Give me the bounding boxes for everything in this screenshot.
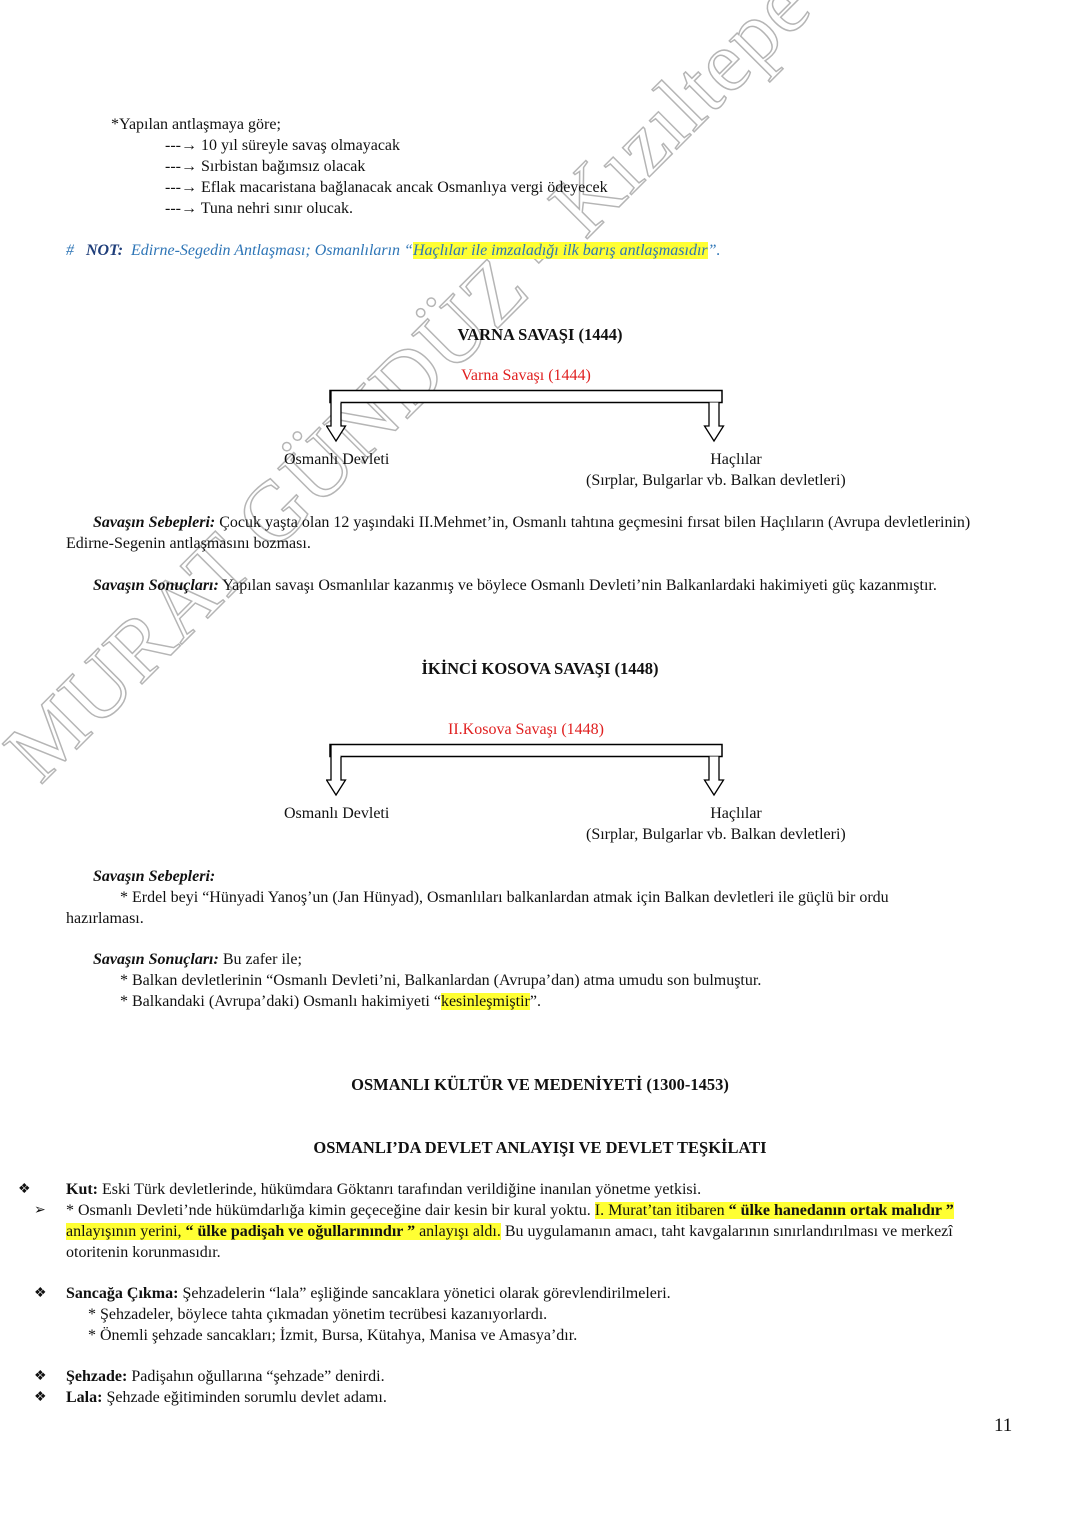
kosova-causes-line1: * Erdel beyi “Hünyadi Yanoş’un (Jan Hüny… bbox=[120, 888, 889, 908]
treaty-item: ---→ 10 yıl süreyle savaş olmayacak bbox=[165, 136, 400, 156]
kosova-result-1: * Balkan devletlerinin “Osmanlı Devleti’… bbox=[120, 971, 761, 991]
arrow-icon: ---→ bbox=[165, 200, 197, 217]
arrow-bullet-icon: ➢ bbox=[34, 1201, 46, 1221]
varna-left-party: Osmanlı Devleti bbox=[284, 450, 389, 470]
varna-bracket-diagram bbox=[326, 388, 726, 446]
sancak-definition: Sancağa Çıkma: Şehzadelerin “lala” eşliğ… bbox=[66, 1284, 671, 1304]
kut-label: Kut: bbox=[66, 1181, 98, 1198]
kut-definition: Kut: Eski Türk devletlerinde, hükümdara … bbox=[66, 1180, 701, 1200]
kosova-result-2: * Balkandaki (Avrupa’daki) Osmanlı hakim… bbox=[120, 992, 541, 1012]
varna-diagram-title: Varna Savaşı (1444) bbox=[330, 366, 722, 386]
sancak-label: Sancağa Çıkma: bbox=[66, 1285, 178, 1302]
treaty-item-text: Tuna nehri sınır olucak. bbox=[201, 200, 353, 217]
varna-causes: Savaşın Sebepleri: Çocuk yaşta olan 12 y… bbox=[66, 512, 1016, 554]
sancak-text: Şehzadelerin “lala” eşliğinde sancaklara… bbox=[178, 1285, 670, 1302]
arrow-icon: ---→ bbox=[165, 158, 197, 175]
rule-highlight: I. Murat’tan itibaren bbox=[595, 1202, 729, 1219]
culture-heading: OSMANLI KÜLTÜR VE MEDENİYETİ (1300-1453) bbox=[0, 1075, 1080, 1095]
kut-text: Eski Türk devletlerinde, hükümdara Gökta… bbox=[98, 1181, 701, 1198]
rule-highlight-bold: “ ülke padişah ve oğullarınındır ” bbox=[186, 1223, 416, 1240]
treaty-item: ---→ Tuna nehri sınır olucak. bbox=[165, 199, 353, 219]
results-label: Savaşın Sonuçları: bbox=[93, 951, 219, 968]
treaty-item: ---→ Eflak macaristana bağlanacak ancak … bbox=[165, 178, 608, 198]
causes-label: Savaşın Sebepleri: bbox=[93, 514, 215, 531]
sancak-sub-1: * Şehzadeler, böylece tahta çıkmadan yön… bbox=[88, 1305, 547, 1325]
treaty-item-text: Sırbistan bağımsız olacak bbox=[201, 158, 365, 175]
sehzade-label: Şehzade: bbox=[66, 1368, 127, 1385]
note-highlight: Haçlılar ile imzaladığı ilk barış antlaş… bbox=[413, 242, 708, 259]
varna-right-party-sub: (Sırplar, Bulgarlar vb. Balkan devletler… bbox=[586, 471, 846, 491]
kosova-left-party: Osmanlı Devleti bbox=[284, 804, 389, 824]
results-text: Yapılan savaşı Osmanlılar kazanmış ve bö… bbox=[219, 577, 937, 594]
treaty-item: ---→ Sırbistan bağımsız olacak bbox=[165, 157, 365, 177]
treaty-item-text: 10 yıl süreyle savaş olmayacak bbox=[201, 137, 400, 154]
succession-rule: * Osmanlı Devleti’nde hükümdarlığa kimin… bbox=[66, 1200, 1016, 1263]
lala-text: Şehzade eğitiminden sorumlu devlet adamı… bbox=[102, 1389, 386, 1406]
diamond-bullet-icon: ❖ bbox=[34, 1284, 47, 1304]
results-label: Savaşın Sonuçları: bbox=[93, 577, 219, 594]
arrow-icon: ---→ bbox=[165, 137, 197, 154]
kosova-bracket-diagram bbox=[326, 742, 726, 800]
rule-highlight: anlayışı aldı. bbox=[415, 1223, 501, 1240]
sancak-sub-2: * Önemli şehzade sancakları; İzmit, Burs… bbox=[88, 1326, 577, 1346]
rule-highlight-bold: “ ülke hanedanın ortak malıdır ” bbox=[729, 1202, 954, 1219]
note-end: ”. bbox=[708, 242, 721, 259]
kosova-right-party: Haçlılar bbox=[586, 804, 886, 824]
kosova-diagram-title: II.Kosova Savaşı (1448) bbox=[330, 720, 722, 740]
result-2-highlight: kesinleşmiştir bbox=[441, 993, 530, 1010]
rule-pre: * Osmanlı Devleti’nde hükümdarlığa kimin… bbox=[66, 1202, 595, 1219]
varna-heading: VARNA SAVAŞI (1444) bbox=[0, 325, 1080, 345]
results-intro: Bu zafer ile; bbox=[219, 951, 302, 968]
sehzade-definition: Şehzade: Padişahın oğullarına “şehzade” … bbox=[66, 1367, 385, 1387]
note-text: Edirne-Segedin Antlaşması; Osmanlıların … bbox=[131, 242, 413, 259]
kosova-results: Savaşın Sonuçları: Bu zafer ile; bbox=[93, 950, 302, 970]
page-number: 11 bbox=[994, 1416, 1012, 1436]
sehzade-text: Padişahın oğullarına “şehzade” denirdi. bbox=[127, 1368, 384, 1385]
rule-highlight: anlayışının yerini, bbox=[66, 1223, 186, 1240]
kosova-causes-line2: hazırlaması. bbox=[66, 909, 144, 929]
kosova-heading: İKİNCİ KOSOVA SAVAŞI (1448) bbox=[0, 659, 1080, 679]
kosova-right-party-sub: (Sırplar, Bulgarlar vb. Balkan devletler… bbox=[586, 825, 846, 845]
note-hash: # bbox=[66, 242, 74, 259]
diamond-bullet-icon: ❖ bbox=[34, 1388, 47, 1408]
result-2-post: ”. bbox=[530, 993, 541, 1010]
lala-label: Lala: bbox=[66, 1389, 102, 1406]
diamond-bullet-icon: ❖ bbox=[34, 1367, 47, 1387]
note-line: # NOT: Edirne-Segedin Antlaşması; Osmanl… bbox=[66, 241, 721, 261]
diamond-bullet-icon: ❖ bbox=[18, 1180, 31, 1200]
arrow-icon: ---→ bbox=[165, 179, 197, 196]
varna-results: Savaşın Sonuçları: Yapılan savaşı Osmanl… bbox=[66, 575, 966, 596]
note-label: NOT: bbox=[86, 242, 123, 259]
state-organization-heading: OSMANLI’DA DEVLET ANLAYIŞI VE DEVLET TEŞ… bbox=[0, 1138, 1080, 1158]
treaty-item-text: Eflak macaristana bağlanacak ancak Osman… bbox=[201, 179, 608, 196]
treaty-intro: *Yapılan antlaşmaya göre; bbox=[111, 115, 281, 135]
kosova-causes-label: Savaşın Sebepleri: bbox=[93, 867, 215, 887]
lala-definition: Lala: Şehzade eğitiminden sorumlu devlet… bbox=[66, 1388, 387, 1408]
varna-right-party: Haçlılar bbox=[586, 450, 886, 470]
result-2-pre: * Balkandaki (Avrupa’daki) Osmanlı hakim… bbox=[120, 993, 441, 1010]
